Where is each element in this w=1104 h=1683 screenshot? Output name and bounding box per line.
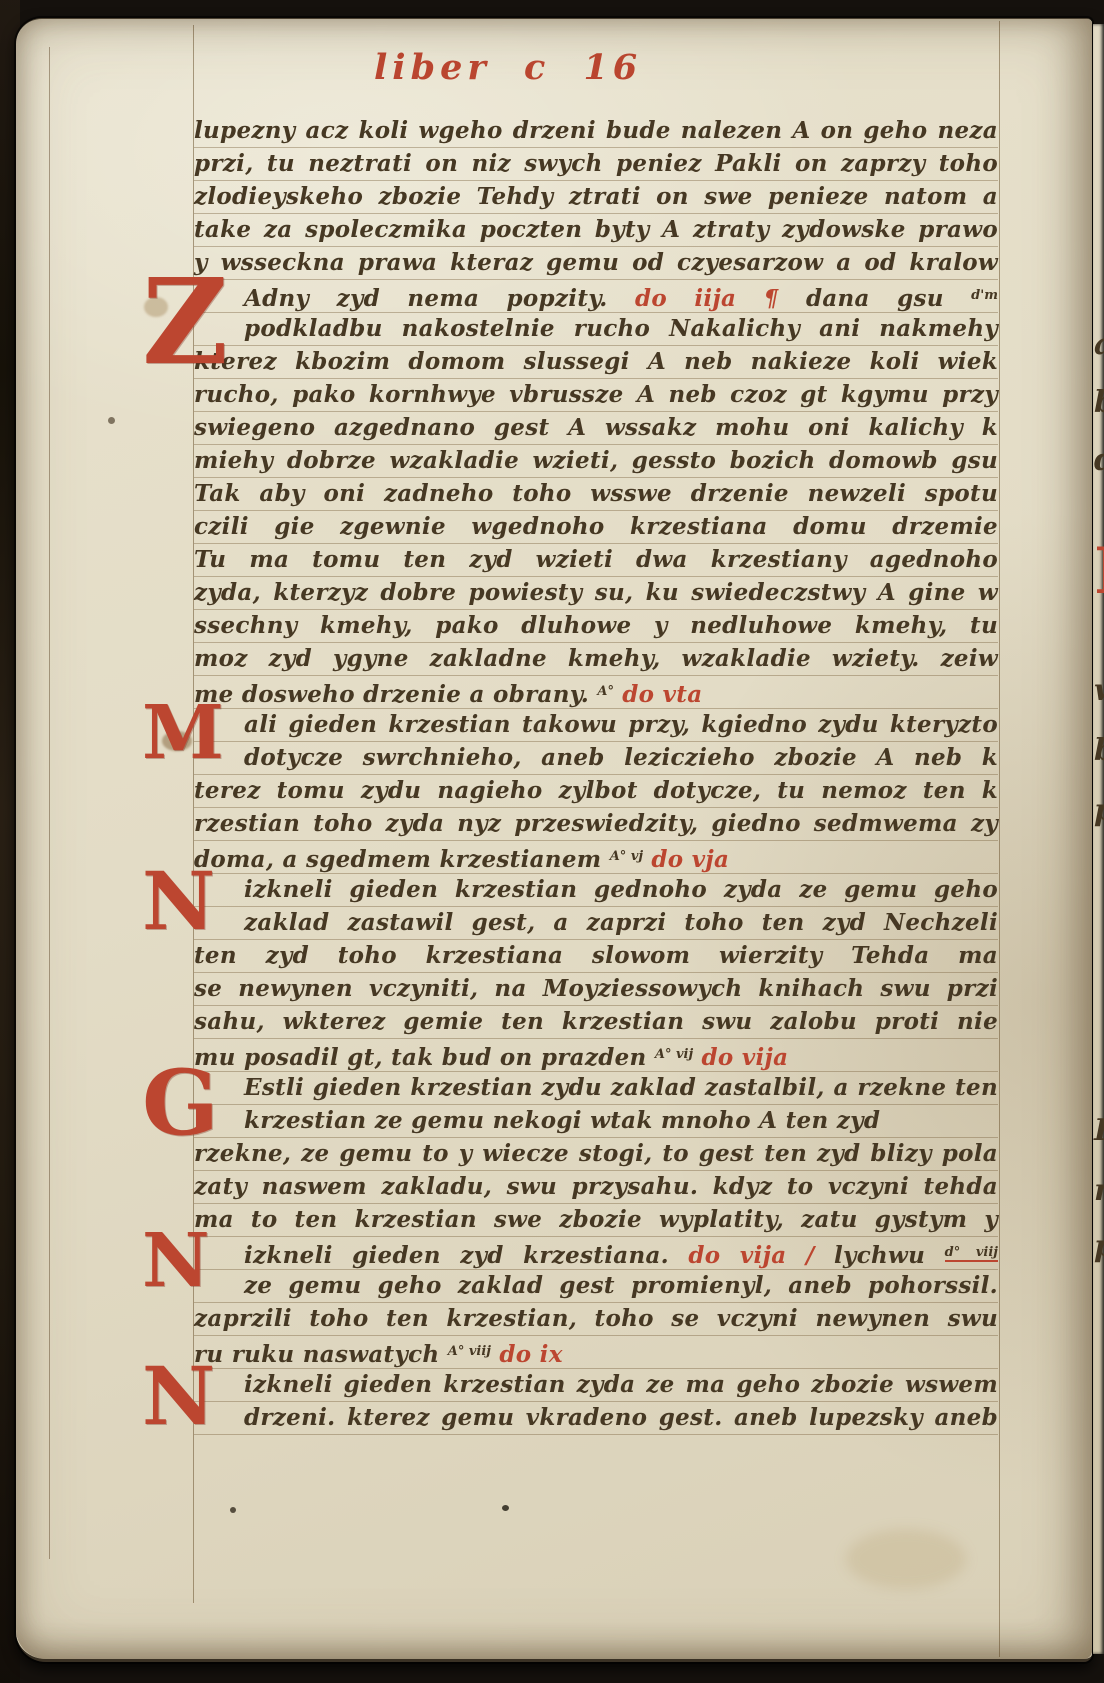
rubric-segment: / <box>786 1242 834 1269</box>
text-line: zaprzili toho ten krzestian, toho se vcz… <box>194 1303 998 1336</box>
text-line: ze gemu geho zaklad gest promienyl, aneb… <box>194 1270 998 1303</box>
text-line: podkladbu nakostelnie rucho Nakalichy an… <box>194 313 998 346</box>
text-segment: przi, tu neztrati on niz swych peniez Pa… <box>194 150 998 177</box>
illuminated-initial: G <box>142 1068 219 1138</box>
paragraph: ZAdny zyd nema popzity. do iija ¶ dana g… <box>194 280 998 709</box>
text-line: ma to ten krzestian swe zbozie wyplatity… <box>194 1204 998 1237</box>
rubric-segment: do vija <box>693 1044 788 1071</box>
rubric-segment: ¶ <box>736 285 806 312</box>
gloss-segment: A° vj <box>610 849 643 864</box>
text-line: rucho, pako kornhwye vbrussze A neb czoz… <box>194 379 998 412</box>
text-line: dotycze swrchnieho, aneb leziczieho zboz… <box>194 742 998 775</box>
text-line: me dosweho drzenie a obrany. A° do vta <box>194 676 998 709</box>
clipped-letter-fragment: m <box>1094 1176 1104 1206</box>
text-segment: ru ruku naswatych <box>194 1341 448 1368</box>
text-line: zaty naswem zakladu, swu przysahu. kdyz … <box>194 1171 998 1204</box>
text-segment: doma, a sgedmem krzestianem <box>194 846 610 873</box>
text-segment: ze gemu geho zaklad gest promienyl, aneb… <box>244 1272 998 1299</box>
stain <box>108 417 115 424</box>
text-segment: izkneli gieden krzestian zyda ze ma geho… <box>244 1371 998 1398</box>
illuminated-initial: M <box>142 705 224 763</box>
text-line: Tu ma tomu ten zyd wzieti dwa krzestiany… <box>194 544 998 577</box>
stain <box>502 1505 509 1511</box>
text-segment: zaklad zastawil gest, a zaprzi toho ten … <box>244 909 998 936</box>
text-segment: Adny zyd nema popzity. <box>244 285 635 312</box>
paragraph: Mali gieden krzestian takowu przy, kgied… <box>194 709 998 874</box>
text-segment: lychwu <box>834 1242 945 1269</box>
text-line: se newynen vczyniti, na Moyziessowych kn… <box>194 973 998 1006</box>
rubric-segment: do vta <box>614 681 702 708</box>
text-segment: rzekne, ze gemu to y wiecze stogi, to ge… <box>194 1140 998 1167</box>
text-line: miehy dobrze wzakladie wzieti, gessto bo… <box>194 445 998 478</box>
clipped-letter-fragment: p <box>1094 1232 1104 1262</box>
text-segment: izkneli gieden zyd krzestiana. <box>244 1242 688 1269</box>
stain <box>230 1507 236 1513</box>
rubric-segment: do iija <box>635 285 736 312</box>
text-line: zaklad zastawil gest, a zaprzi toho ten … <box>194 907 998 940</box>
text-line: zyda, kterzyz dobre powiesty su, ku swie… <box>194 577 998 610</box>
text-segment: ali gieden krzestian takowu przy, kgiedn… <box>244 711 998 738</box>
text-line: Estli gieden krzestian zydu zaklad zasta… <box>194 1072 998 1105</box>
photo-background: { "colors":{ "background":"#15110d", "pa… <box>0 0 1104 1683</box>
text-line: y wsseckna prawa kteraz gemu od czyesarz… <box>194 247 998 280</box>
text-line: sahu, wkterez gemie ten krzestian swu za… <box>194 1006 998 1039</box>
text-segment: ten zyd toho krzestiana slowom wierzity … <box>194 942 998 969</box>
clipped-letter-fragment: P <box>1094 1116 1104 1146</box>
text-line: doma, a sgedmem krzestianem A° vj do vja <box>194 841 998 874</box>
gloss-segment: A° viij <box>448 1344 491 1359</box>
text-line: przi, tu neztrati on niz swych peniez Pa… <box>194 148 998 181</box>
paragraph: GEstli gieden krzestian zydu zaklad zast… <box>194 1072 998 1237</box>
paragraph: Nizkneli gieden zyd krzestiana. do vija … <box>194 1237 998 1369</box>
text-frame-ruling-right <box>999 21 1000 1657</box>
text-segment: me dosweho drzenie a obrany. <box>194 681 597 708</box>
gloss-segment: A° vij <box>655 1047 693 1062</box>
text-line: ali gieden krzestian takowu przy, kgiedn… <box>194 709 998 742</box>
text-segment: Tu ma tomu ten zyd wzieti dwa krzestiany… <box>194 546 998 573</box>
text-line: ru ruku naswatych A° viij do ix <box>194 1336 998 1369</box>
stain <box>846 1529 966 1589</box>
text-segment: se newynen vczyniti, na Moyziessowych kn… <box>194 975 998 1002</box>
running-title: liber c 16 <box>374 47 642 88</box>
text-line: rzekne, ze gemu to y wiecze stogi, to ge… <box>194 1138 998 1171</box>
text-line: swiegeno azgednano gest A wssakz mohu on… <box>194 412 998 445</box>
text-line: Tak aby oni zadneho toho wsswe drzenie n… <box>194 478 998 511</box>
text-block: lupezny acz koli wgeho drzeni bude nalez… <box>194 115 998 1435</box>
text-line: drzeni. kterez gemu vkradeno gest. aneb … <box>194 1402 998 1435</box>
paragraph: lupezny acz koli wgeho drzeni bude nalez… <box>194 115 998 280</box>
text-segment: y wsseckna prawa kteraz gemu od czyesarz… <box>194 249 998 276</box>
text-line: zlodieyskeho zbozie Tehdy ztrati on swe … <box>194 181 998 214</box>
text-segment: dotycze swrchnieho, aneb leziczieho zboz… <box>244 744 998 771</box>
text-segment: zlodieyskeho zbozie Tehdy ztrati on swe … <box>194 183 998 210</box>
clipped-letter-fragment: b <box>1094 736 1104 766</box>
text-segment: czili gie zgewnie wgednoho krzestiana do… <box>194 513 998 540</box>
margin-ruling-outer-left <box>49 47 50 1559</box>
text-segment: ma to ten krzestian swe zbozie wyplatity… <box>194 1206 998 1233</box>
text-line: ten zyd toho krzestiana slowom wierzity … <box>194 940 998 973</box>
illuminated-initial: N <box>142 870 215 932</box>
text-segment: Tak aby oni zadneho toho wsswe drzenie n… <box>194 480 998 507</box>
text-segment: izkneli gieden krzestian gednoho zyda ze… <box>244 876 998 903</box>
text-segment: drzeni. kterez gemu vkradeno gest. aneb … <box>244 1404 998 1431</box>
text-segment: lupezny acz koli wgeho drzeni bude nalez… <box>194 117 998 144</box>
text-line: krzestian ze gemu nekogi wtak mnoho A te… <box>194 1105 998 1138</box>
text-segment: mu posadil gt, tak bud on prazden <box>194 1044 655 1071</box>
text-segment: Estli gieden krzestian zydu zaklad zasta… <box>244 1074 998 1101</box>
text-line: lupezny acz koli wgeho drzeni bude nalez… <box>194 115 998 148</box>
text-segment: rucho, pako kornhwye vbrussze A neb czoz… <box>194 381 998 408</box>
next-page-edge: abdLwbpPmp <box>1093 24 1104 1654</box>
text-line: czili gie zgewnie wgednoho krzestiana do… <box>194 511 998 544</box>
text-segment: rzestian toho zyda nyz przeswiedzity, gi… <box>194 810 998 837</box>
text-line: izkneli gieden krzestian gednoho zyda ze… <box>194 874 998 907</box>
text-line: ssechny kmehy, pako dluhowe y nedluhowe … <box>194 610 998 643</box>
text-segment: terez tomu zydu nagieho zylbot dotycze, … <box>194 777 998 804</box>
clipped-letter-fragment: d <box>1094 446 1104 476</box>
text-segment: swiegeno azgednano gest A wssakz mohu on… <box>194 414 998 441</box>
text-line: Adny zyd nema popzity. do iija ¶ dana gs… <box>194 280 998 313</box>
rubric-segment: do vija <box>688 1242 786 1269</box>
gloss-segment: d'm <box>971 288 998 303</box>
text-segment: zaty naswem zakladu, swu przysahu. kdyz … <box>194 1173 998 1200</box>
text-segment: dana gsu <box>806 285 971 312</box>
text-segment: zaprzili toho ten krzestian, toho se vcz… <box>194 1305 998 1332</box>
rubric-segment: do ix <box>491 1341 563 1368</box>
illuminated-initial: N <box>142 1233 210 1291</box>
text-segment: kterez kbozim domom slussegi A neb nakie… <box>194 348 998 375</box>
text-segment: krzestian ze gemu nekogi wtak mnoho A te… <box>244 1107 880 1134</box>
text-line: terez tomu zydu nagieho zylbot dotycze, … <box>194 775 998 808</box>
clipped-letter-fragment: w <box>1094 676 1104 706</box>
paragraph: Nizkneli gieden krzestian gednoho zyda z… <box>194 874 998 1072</box>
clipped-letter-fragment: L <box>1094 540 1104 604</box>
text-segment: miehy dobrze wzakladie wzieti, gessto bo… <box>194 447 998 474</box>
manuscript-page: liber c 16 lupezny acz koli wgeho drzeni… <box>16 18 1092 1662</box>
text-line: izkneli gieden krzestian zyda ze ma geho… <box>194 1369 998 1402</box>
illuminated-initial: N <box>142 1365 215 1427</box>
text-segment: ssechny kmehy, pako dluhowe y nedluhowe … <box>194 612 998 639</box>
gloss-segment: d° viij <box>945 1245 998 1262</box>
text-line: izkneli gieden zyd krzestiana. do vija /… <box>194 1237 998 1270</box>
gloss-segment: A° <box>597 684 614 699</box>
clipped-letter-fragment: a <box>1094 330 1104 360</box>
rubric-segment: do vja <box>643 846 729 873</box>
text-line: moz zyd ygyne zakladne kmehy, wzakladie … <box>194 643 998 676</box>
illuminated-initial: Z <box>142 276 228 368</box>
text-segment: podkladbu nakostelnie rucho Nakalichy an… <box>244 315 998 342</box>
clipped-letter-fragment: p <box>1094 796 1104 826</box>
text-line: mu posadil gt, tak bud on prazden A° vij… <box>194 1039 998 1072</box>
clipped-letter-fragment: b <box>1094 388 1104 418</box>
text-segment: sahu, wkterez gemie ten krzestian swu za… <box>194 1008 998 1035</box>
paragraph: Nizkneli gieden krzestian zyda ze ma geh… <box>194 1369 998 1435</box>
text-line: rzestian toho zyda nyz przeswiedzity, gi… <box>194 808 998 841</box>
text-line: kterez kbozim domom slussegi A neb nakie… <box>194 346 998 379</box>
text-line: take za spoleczmika poczten byty A ztrat… <box>194 214 998 247</box>
text-segment: take za spoleczmika poczten byty A ztrat… <box>194 216 998 243</box>
text-segment: zyda, kterzyz dobre powiesty su, ku swie… <box>194 579 998 606</box>
text-segment: moz zyd ygyne zakladne kmehy, wzakladie … <box>194 645 998 672</box>
